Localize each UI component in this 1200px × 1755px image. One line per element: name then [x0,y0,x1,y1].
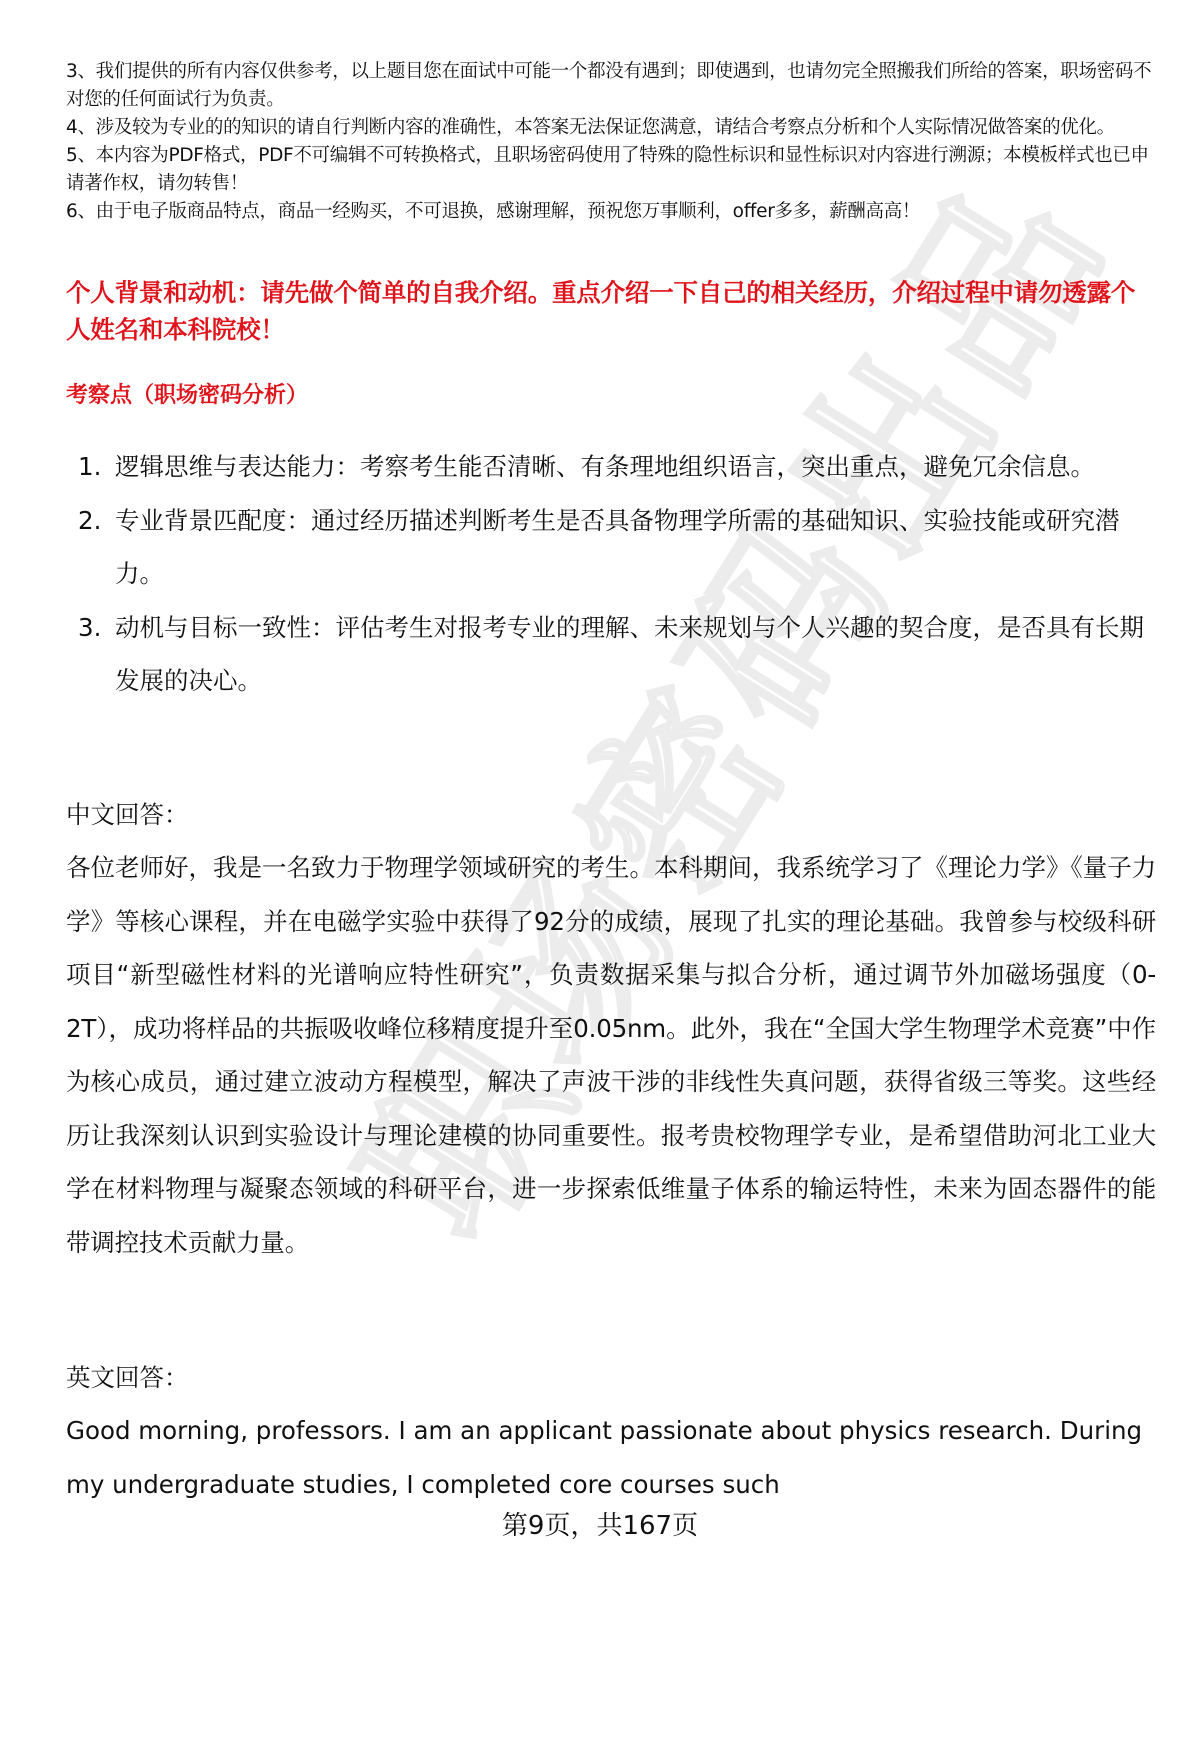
page-indicator: 第9页，共167页 [0,1508,1200,1544]
key-point-item: 2. 专业背景匹配度：通过经历描述判断考生是否具备物理学所需的基础知识、实验技能… [66,494,1156,601]
chinese-answer-label: 中文回答： [66,797,189,833]
key-point-number: 1. [78,440,101,494]
key-point-text: 动机与目标一致性：评估考生对报考专业的理解、未来规划与个人兴趣的契合度，是否具有… [115,613,1144,696]
question-heading: 个人背景和动机：请先做个简单的自我介绍。重点介绍一下自己的相关经历，介绍过程中请… [66,274,1156,348]
english-answer-text: Good morning, professors. I am an applic… [66,1404,1156,1511]
note-4: 4、涉及较为专业的的知识的请自行判断内容的准确性，本答案无法保证您满意，请结合考… [66,114,1156,142]
note-5: 5、本内容为PDF格式，PDF不可编辑不可转换格式，且职场密码使用了特殊的隐性标… [66,142,1156,198]
key-point-text: 逻辑思维与表达能力：考察考生能否清晰、有条理地组织语言，突出重点，避免冗余信息。 [115,452,1095,481]
chinese-answer-text: 各位老师好，我是一名致力于物理学领域研究的考生。本科期间，我系统学习了《理论力学… [66,841,1156,1269]
key-points-list: 1. 逻辑思维与表达能力：考察考生能否清晰、有条理地组织语言，突出重点，避免冗余… [66,440,1156,708]
key-point-item: 1. 逻辑思维与表达能力：考察考生能否清晰、有条理地组织语言，突出重点，避免冗余… [66,440,1156,494]
note-3: 3、我们提供的所有内容仅供参考，以上题目您在面试中可能一个都没有遇到；即使遇到，… [66,58,1156,114]
english-answer-label: 英文回答： [66,1360,189,1396]
key-point-number: 2. [78,494,101,548]
key-points-heading: 考察点（职场密码分析） [66,378,308,414]
note-6: 6、由于电子版商品特点，商品一经购买，不可退换，感谢理解，预祝您万事顺利，off… [66,198,1156,226]
key-point-item: 3. 动机与目标一致性：评估考生对报考专业的理解、未来规划与个人兴趣的契合度，是… [66,601,1156,708]
key-point-number: 3. [78,601,101,655]
disclaimer-notes: 3、我们提供的所有内容仅供参考，以上题目您在面试中可能一个都没有遇到；即使遇到，… [66,58,1156,226]
document-page: 职场密码出品 3、我们提供的所有内容仅供参考，以上题目您在面试中可能一个都没有遇… [0,0,1200,1755]
key-point-text: 专业背景匹配度：通过经历描述判断考生是否具备物理学所需的基础知识、实验技能或研究… [115,506,1120,589]
